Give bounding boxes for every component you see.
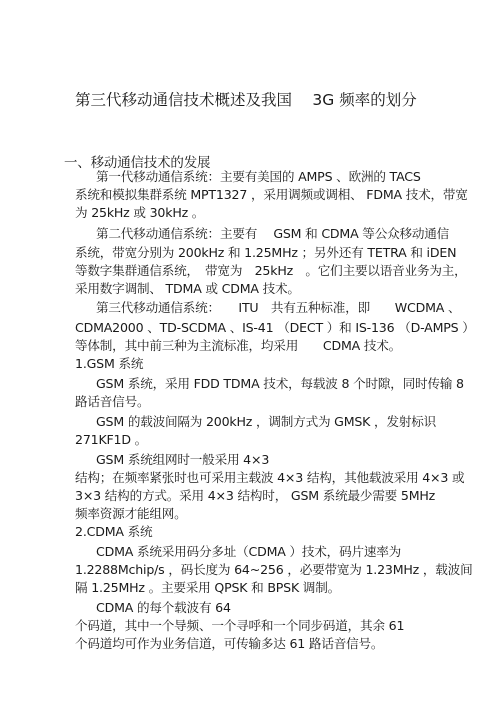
text-line: 2.CDMA 系统 xyxy=(75,524,152,540)
text-line: GSM 系统，采用 FDD TDMA 技术，每载波 8 个时隙，同时传输 8 xyxy=(96,376,464,392)
text-line: 第一代移动通信系统：主要有美国的 AMPS 、欧洲的 TACS xyxy=(96,169,421,185)
text-line: 3×3 结构的方式。采用 4×3 结构时， GSM 系统最少需要 5MHz xyxy=(75,488,435,504)
text-line: GSM 的载波间隔为 200kHz ，调制方式为 GMSK ，发射标识 xyxy=(96,414,436,430)
text-line: 系统，带宽分别为 200kHz 和 1.25MHz ；另外还有 TETRA 和 … xyxy=(75,245,456,261)
text-line: 271KF1D 。 xyxy=(75,432,147,448)
text-line: CDMA 系统采用码分多址（CDMA ）技术，码片速率为 xyxy=(96,544,401,560)
text-line: 系统和模拟集群系统 MPT1327 ，采用调频或调相、 FDMA 技术，带宽 xyxy=(75,187,468,203)
text-line: 个码道，其中一个导频、一个寻呼和一个同步码道，其余 61 xyxy=(75,618,404,634)
text-line: 频率资源才能组网。 xyxy=(75,506,187,522)
text-line: GSM 系统组网时一般采用 4×3 xyxy=(96,452,269,468)
text-line: 第二代移动通信系统：主要有 GSM 和 CDMA 等公众移动通信 xyxy=(96,226,449,242)
text-line: 1.GSM 系统 xyxy=(75,356,143,372)
text-line: 等体制，其中前三种为主流标准，均采用 CDMA 技术。 xyxy=(75,338,401,354)
text-line: CDMA 的每个载波有 64 xyxy=(96,600,231,616)
text-line: 等数字集群通信系统， 带宽为 25kHz 。它们主要以语音业务为主， xyxy=(75,263,467,279)
text-line: 采用数字调制、 TDMA 或 CDMA 技术。 xyxy=(75,281,300,297)
text-line: 为 25kHz 或 30kHz 。 xyxy=(75,205,204,221)
text-line: 个码道均可作为业务信道，可传输多达 61 路话音信号。 xyxy=(75,636,383,652)
text-line: 结构；在频率紧张时也可采用主载波 4×3 结构，其他载波采用 4×3 或 xyxy=(75,470,464,486)
text-line: 路话音信号。 xyxy=(75,394,149,410)
text-line: 第三代移动通信系统： ITU 共有五种标准，即 WCDMA 、 xyxy=(96,300,460,316)
text-line: 隔 1.25MHz 。主要采用 QPSK 和 BPSK 调制。 xyxy=(75,580,340,596)
text-line: 1.2288Mchip/s ，码长度为 64~256 ，必要带宽为 1.23MH… xyxy=(75,562,472,578)
document-title: 第三代移动通信技术概述及我国 3G 频率的划分 xyxy=(75,92,417,108)
text-line: CDMA2000 、TD-SCDMA 、IS-41 （DECT ）和 IS-13… xyxy=(75,320,475,336)
